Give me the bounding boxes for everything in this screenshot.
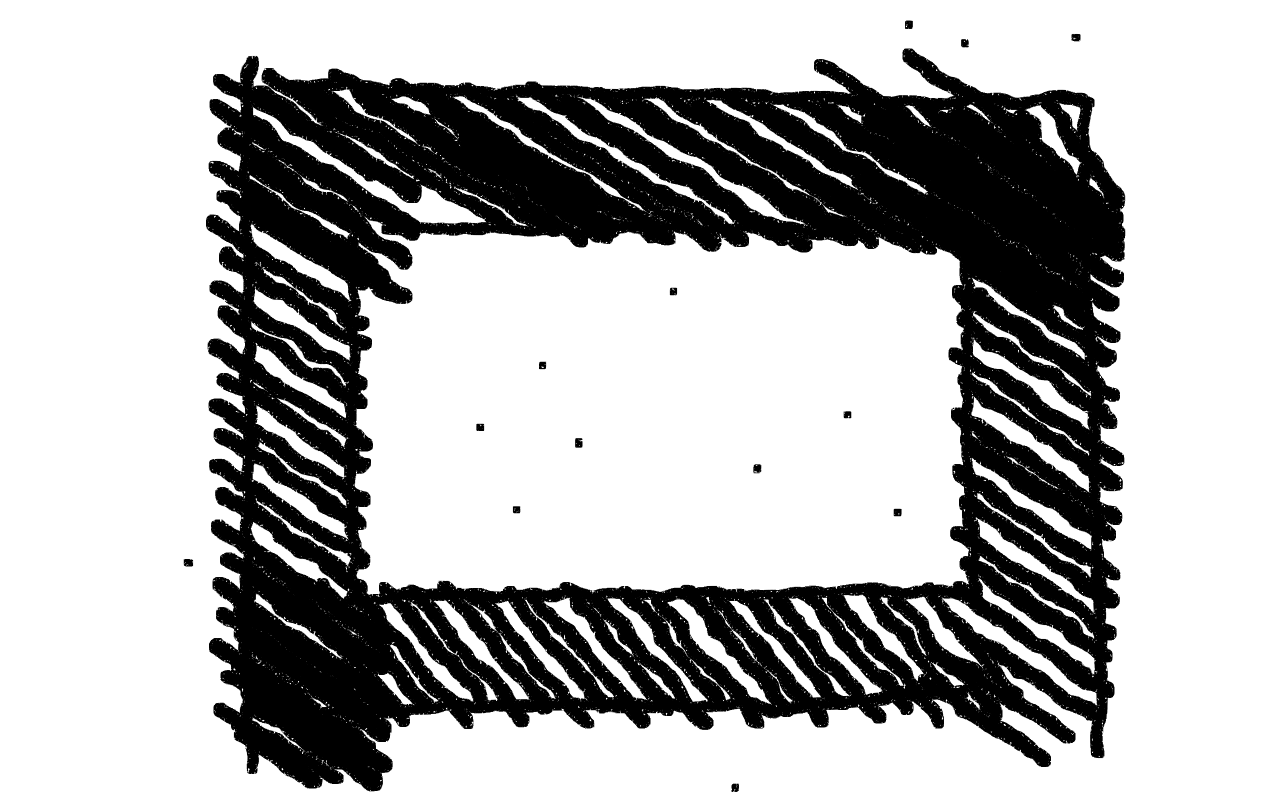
scanned-sketch-page <box>0 0 1261 797</box>
sketch-canvas <box>0 0 1261 797</box>
